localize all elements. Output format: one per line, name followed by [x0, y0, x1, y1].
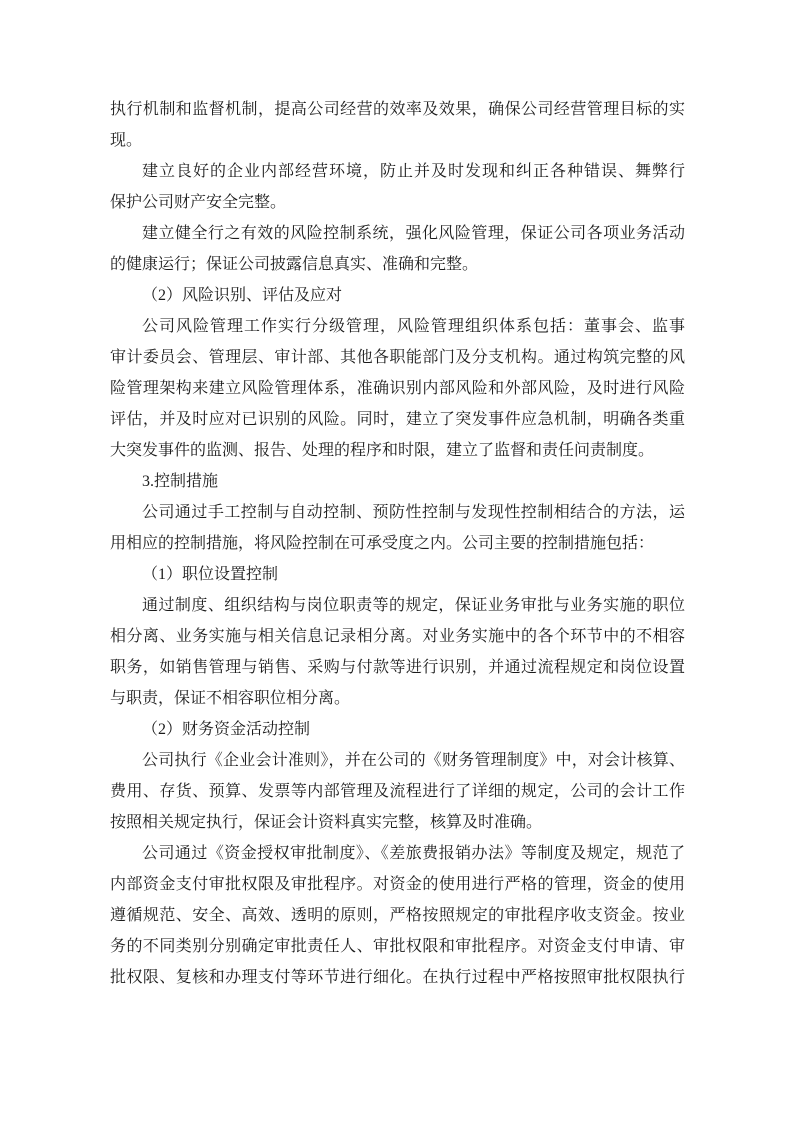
text-line: 公司风险管理工作实行分级管理，风险管理组织体系包括：董事会、监事会、	[110, 311, 685, 342]
text-line: 3.控制措施	[110, 466, 685, 497]
text-line: （2）风险识别、评估及应对	[110, 280, 685, 311]
text-line: 通过制度、组织结构与岗位职责等的规定，保证业务审批与业务实施的职位	[110, 590, 685, 621]
text-line: 公司通过手工控制与自动控制、预防性控制与发现性控制相结合的方法，运	[110, 497, 685, 528]
text-line: （1）职位设置控制	[110, 559, 685, 590]
text-line: 按照相关规定执行，保证会计资料真实完整，核算及时准确。	[110, 807, 685, 838]
text-line: 批权限、复核和办理支付等环节进行细化。在执行过程中严格按照审批权限执行	[110, 962, 685, 993]
text-line: 审计委员会、管理层、审计部、其他各职能部门及分支机构。通过构筑完整的风	[110, 342, 685, 373]
text-line: 与职责，保证不相容职位相分离。	[110, 683, 685, 714]
text-line: 内部资金支付审批权限及审批程序。对资金的使用进行严格的管理，资金的使用	[110, 869, 685, 900]
text-line: 的健康运行；保证公司披露信息真实、准确和完整。	[110, 249, 685, 280]
text-line: （2）财务资金活动控制	[110, 714, 685, 745]
text-line: 保护公司财产安全完整。	[110, 187, 685, 218]
text-line: 用相应的控制措施，将风险控制在可承受度之内。公司主要的控制措施包括：	[110, 528, 685, 559]
text-line: 执行机制和监督机制，提高公司经营的效率及效果，确保公司经营管理目标的实	[110, 94, 685, 125]
text-line: 大突发事件的监测、报告、处理的程序和时限，建立了监督和责任问责制度。	[110, 435, 685, 466]
document-lines: 执行机制和监督机制，提高公司经营的效率及效果，确保公司经营管理目标的实现。建立良…	[110, 94, 685, 993]
text-line: 现。	[110, 125, 685, 156]
text-line: 职务，如销售管理与销售、采购与付款等进行识别，并通过流程规定和岗位设置	[110, 652, 685, 683]
text-line: 遵循规范、安全、高效、透明的原则，严格按照规定的审批程序收支资金。按业	[110, 900, 685, 931]
text-line: 建立良好的企业内部经营环境，防止并及时发现和纠正各种错误、舞弊行为，	[110, 156, 685, 187]
text-line: 公司通过《资金授权审批制度》、《差旅费报销办法》等制度及规定，规范了	[110, 838, 685, 869]
document-page: 执行机制和监督机制，提高公司经营的效率及效果，确保公司经营管理目标的实现。建立良…	[0, 0, 793, 1122]
text-line: 评估，并及时应对已识别的风险。同时，建立了突发事件应急机制，明确各类重	[110, 404, 685, 435]
text-line: 务的不同类别分别确定审批责任人、审批权限和审批程序。对资金支付申请、审	[110, 931, 685, 962]
text-line: 费用、存货、预算、发票等内部管理及流程进行了详细的规定，公司的会计工作	[110, 776, 685, 807]
text-line: 相分离、业务实施与相关信息记录相分离。对业务实施中的各个环节中的不相容	[110, 621, 685, 652]
text-line: 公司执行《企业会计准则》，并在公司的《财务管理制度》中，对会计核算、	[110, 745, 685, 776]
text-line: 建立健全行之有效的风险控制系统，强化风险管理，保证公司各项业务活动	[110, 218, 685, 249]
text-line: 险管理架构来建立风险管理体系，准确识别内部风险和外部风险，及时进行风险	[110, 373, 685, 404]
